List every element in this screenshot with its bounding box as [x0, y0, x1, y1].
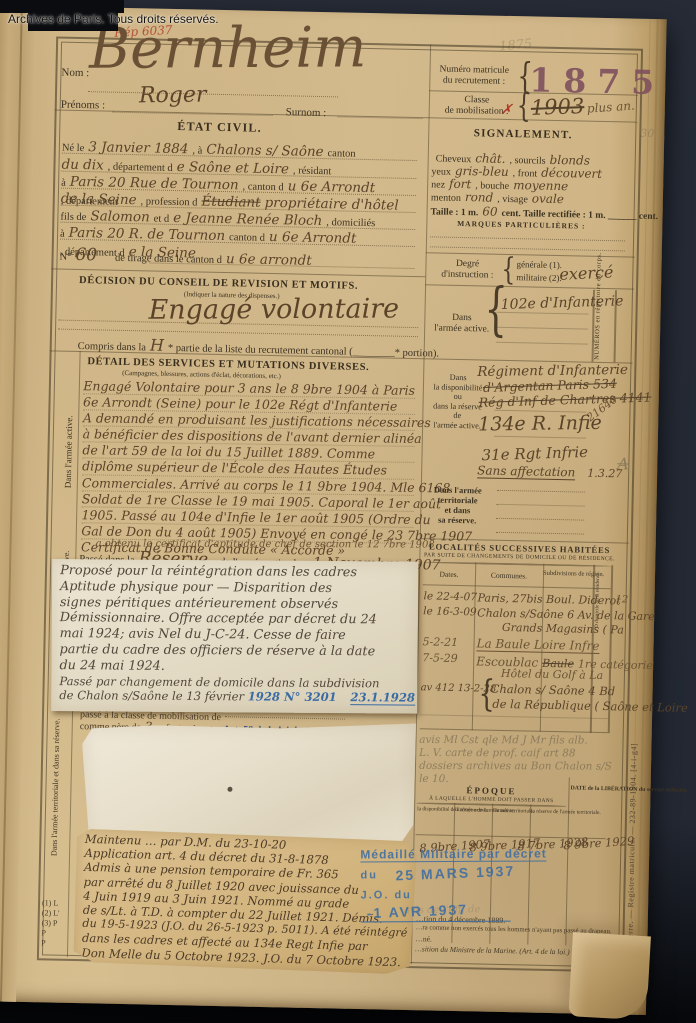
localite-row4-date: 7-5-29 — [422, 651, 458, 665]
localite-row1-date: le 22-4-07 — [423, 590, 477, 603]
sans-affectation-value: Sans affectation — [477, 463, 575, 480]
label: territoriale — [50, 779, 60, 813]
footnote-1: (1) L — [42, 898, 60, 908]
pencil-check-a: A — [617, 454, 629, 473]
services-handwritten-block: Engagé Volontaire pour 3 ans le 8 9bre 1… — [81, 378, 415, 559]
numeros-repertoire-label: NUMÉROS en répertoire du corps. — [594, 294, 602, 360]
localites-col-subdiv: Subdivisions de région. — [543, 570, 593, 579]
archives-watermark: Archives de Paris. Tous droits réservés. — [8, 12, 219, 26]
localite-row2b-commune: Grands Magasins ( Pa — [502, 621, 624, 637]
stamp-date-2: -1 AVR 1937 — [366, 901, 468, 921]
localite-row1-margin: 12 — [615, 594, 628, 605]
bottom-print-3: …né. — [415, 934, 432, 943]
name-label: Nom : — [61, 67, 89, 80]
register-page: Rép 6037 1875 30 Bernheim Nom : Prénoms … — [0, 5, 667, 1015]
epoque-col3: l'armée territoriale. — [493, 808, 529, 815]
pencil-line: L. V. carte de prof. caif art 88 — [419, 747, 612, 761]
blue-ink-number: 1928 N° 3201 — [248, 690, 337, 705]
label: N° — [59, 252, 71, 263]
tirage-number-value: 60 — [75, 245, 97, 265]
curled-page-corner — [568, 932, 651, 1020]
label: Dans l'armée — [50, 814, 60, 856]
medaille-militaire-stamp: Médaillé Militaire par décret du 25 MARS… — [360, 846, 547, 922]
footnote-2: (2) L' — [42, 908, 60, 918]
note-text: de Chalon s/Saône le 13 février — [59, 688, 244, 703]
classe-check-mark: ✗ — [501, 102, 513, 118]
stamp-date-1: 25 MARS 1937 — [396, 863, 516, 884]
pasted-note-officers-reserve: Proposé pour la réintégration dans les c… — [51, 559, 418, 714]
epoque-col1: la disponibilité de l'armée active. — [417, 806, 453, 813]
label: Dans l'armée — [425, 484, 491, 495]
label: la disponibilité — [427, 382, 489, 393]
note-line: de Chalon s/Saône le 13 février 1928 N° … — [59, 688, 409, 705]
brace-glyph: { — [516, 88, 531, 126]
territoriale-label: Dans l'armée territoriale et dans sa rés… — [424, 484, 491, 525]
classe-value: 1903 — [530, 94, 584, 120]
paper-spot — [227, 787, 232, 792]
label: et dans — [51, 754, 60, 777]
scanned-register-sheet: Rép 6037 1875 30 Bernheim Nom : Prénoms … — [0, 0, 696, 1023]
footnote-4: P — [41, 928, 59, 938]
localites-col-communes: Communes. — [475, 570, 543, 580]
classe-label-line2: de mobilisation : — [445, 106, 509, 118]
decision-value: Engagé volontaire — [148, 293, 399, 325]
classe-label: Classe de mobilisation : — [445, 95, 509, 118]
epoque-col4: la réserve de l'armée territoriale. — [531, 809, 567, 816]
sans-affectation-line: Sans affectation 1.3.27 — [477, 461, 623, 482]
etat-civil-title: ÉTAT CIVIL. — [177, 119, 262, 136]
pencil-annotation: avis Ml Cst qle Md J Mr fils alb. L. V. … — [419, 734, 612, 787]
reserve-corps-value-4: 134e R. Infie — [478, 412, 602, 436]
localite-row3-date: 5-2-21 — [422, 635, 458, 649]
footnote-3: (3) P — [42, 918, 60, 928]
stamp-jo-label: J.O. du — [361, 889, 412, 901]
blue-ink-date: 23.1.1928 — [350, 690, 415, 705]
taille-value: 60 — [482, 204, 498, 218]
surname-label: Surnom : — [286, 106, 327, 119]
localite-row2-date: le 16-3-09 — [423, 605, 477, 618]
degre-value: exercé — [559, 262, 614, 284]
degre-militaire-label: militaire (2). — [516, 272, 562, 283]
label: Taille : 1 m. — [430, 207, 478, 218]
note-line: du 24 mai 1924. — [59, 658, 409, 676]
localite-row5-commune: Chalon s/ Saône 4 Bd — [490, 682, 615, 699]
label: sa réserve. — [52, 718, 62, 752]
epoque-col2: la réserve de l'armée active. — [455, 807, 491, 814]
matricule-label: Numéro matricule du recrutement : — [439, 65, 509, 88]
degre-generale-label: générale (1). — [516, 259, 562, 270]
armee-active-label: Dans l'armée active. — [434, 312, 489, 335]
footnote-markers: (1) L (2) L' (3) P P P — [41, 898, 60, 948]
firstname-value: Roger — [139, 82, 207, 108]
matricule-label-line2: du recrutement : — [439, 75, 509, 87]
note-line: Aptitude physique pour — Disparition des — [60, 579, 410, 597]
label: sa réserve. — [424, 514, 490, 525]
localite-row4b-commune: Hôtel du Golf à La — [501, 667, 603, 682]
pencil-margin-number: 30 — [640, 127, 654, 140]
epoque-col5-date: DATE de la LIBÉRATION du service militai… — [570, 785, 606, 793]
localites-col-dates: Dates. — [423, 569, 475, 579]
label: l'armée active. — [434, 323, 489, 335]
localite-row3-commune: La Baule Loire Infre — [476, 636, 599, 654]
stamp-du-label: du — [360, 869, 378, 881]
footnote-5: P — [41, 938, 59, 948]
stamp-line-1: Médaillé Militaire par décret — [360, 846, 546, 862]
pencil-line: avis Ml Cst qle Md J Mr fils alb. — [419, 734, 612, 748]
pencil-line: dossiers archives au Bon Chalon s/S — [419, 760, 612, 774]
